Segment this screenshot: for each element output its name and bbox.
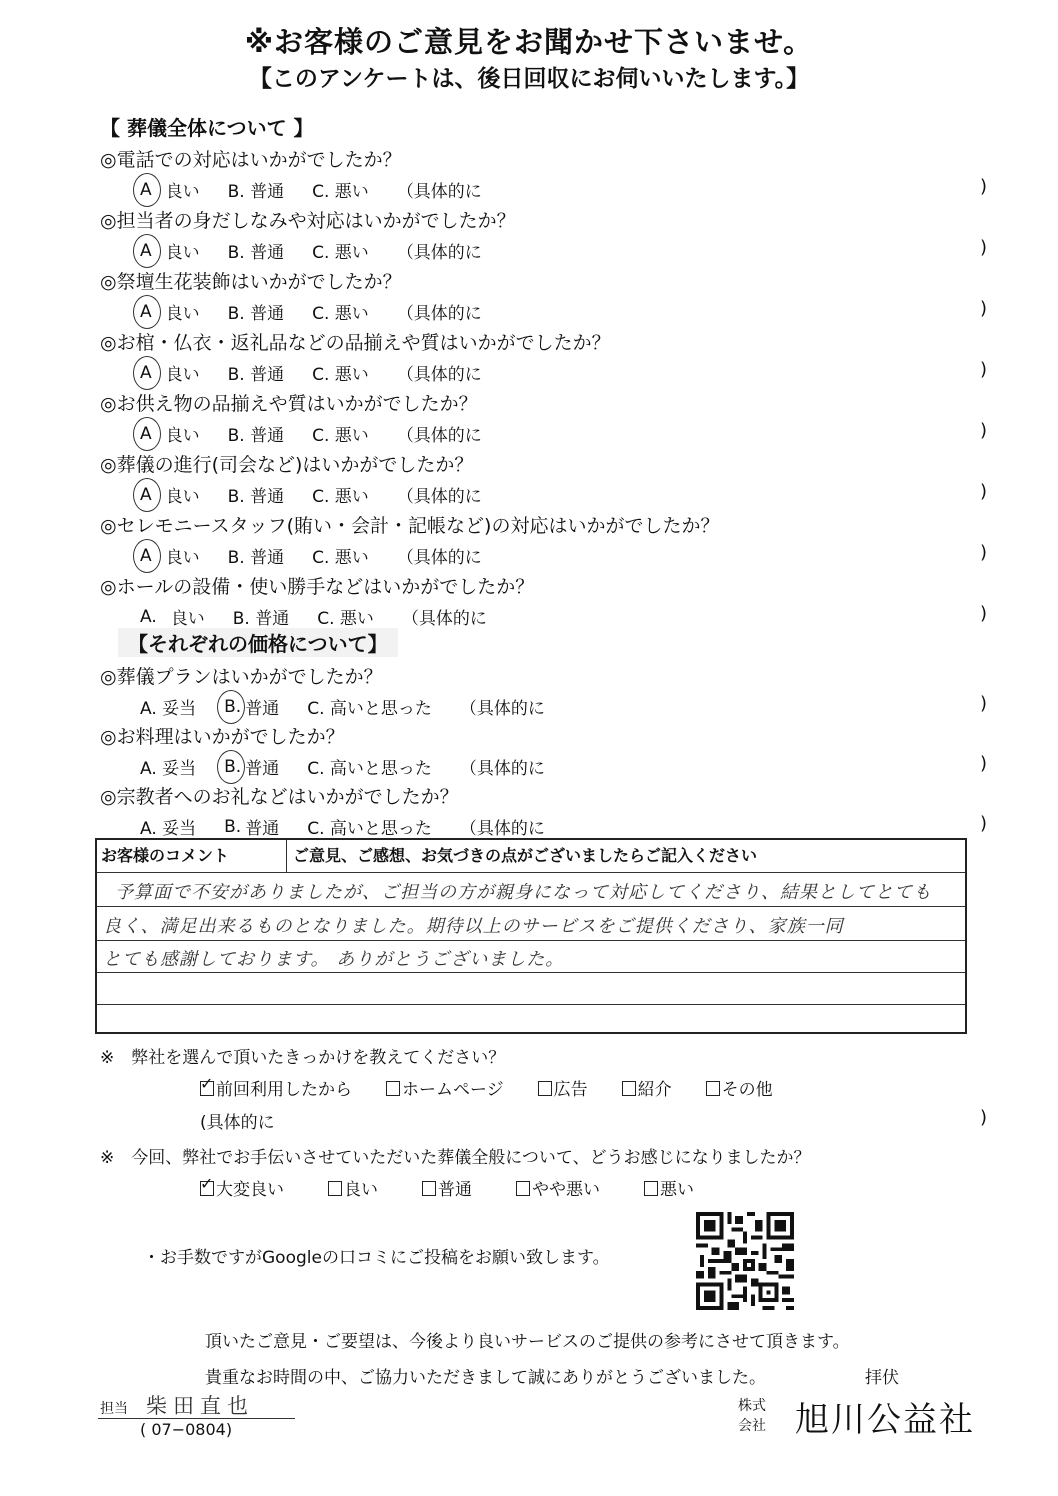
- detail-close-paren: ): [980, 693, 987, 714]
- reason-question: ※ 弊社を選んで頂いたきっかけを教えてください？: [100, 1043, 505, 1068]
- comment-line[interactable]: 良く、満足出来るものとなりました。期待以上のサービスをご提供くださり、家族一同: [97, 906, 965, 941]
- handwritten-text: 予算面で不安がありましたが、ご担当の方が親身になって対応してくださり、結果として…: [115, 878, 932, 904]
- comment-line[interactable]: [97, 1004, 965, 1034]
- detail-close-paren: ): [980, 237, 987, 258]
- option-label: 紹介: [638, 1080, 672, 1100]
- checkbox-icon[interactable]: [622, 1081, 636, 1096]
- detail-close-paren: ): [980, 542, 987, 563]
- option-label: 前回利用したから: [216, 1080, 352, 1100]
- question-text: ◎祭壇生花装飾はいかがでしたか？: [100, 267, 402, 294]
- option-label: 普通: [438, 1180, 472, 1200]
- company-name: 旭川公益社: [795, 1392, 975, 1441]
- detail-close-paren: ): [980, 603, 987, 624]
- checkbox-checked-icon[interactable]: [200, 1081, 214, 1096]
- detail-close-paren: ): [980, 420, 987, 441]
- answer-option[interactable]: 良い: [171, 604, 205, 629]
- answer-options: A. 妥当B.普通C. 高いと思った（具体的に: [140, 754, 573, 779]
- answer-option[interactable]: B. 普通: [228, 482, 284, 507]
- question-text: ◎お棺・仏衣・返礼品などの品揃えや質はいかがでしたか？: [100, 328, 611, 355]
- answer-option[interactable]: B. 普通: [228, 238, 284, 263]
- overall-question: ※ 今回、弊社でお手伝いさせていただいた葬儀全般について、どうお感じになりました…: [100, 1143, 811, 1168]
- qr-code-icon[interactable]: [695, 1212, 795, 1310]
- question-text: ◎葬儀の進行(司会など)はいかがでしたか？: [100, 450, 473, 477]
- answer-option: （具体的に: [397, 421, 482, 446]
- answer-options: A良いB. 普通C. 悪い（具体的に: [140, 543, 510, 568]
- staff-name: 柴田直也: [146, 1390, 254, 1420]
- overall-option-very-good[interactable]: 大変良い: [200, 1175, 284, 1200]
- answer-options: A良いB. 普通C. 悪い（具体的に: [140, 482, 510, 507]
- checkbox-icon[interactable]: [328, 1181, 342, 1196]
- answer-option[interactable]: 良い: [166, 360, 200, 385]
- overall-option-somewhat-bad[interactable]: やや悪い: [516, 1175, 600, 1200]
- checkbox-icon[interactable]: [538, 1081, 552, 1096]
- answer-option[interactable]: C. 悪い: [312, 360, 369, 385]
- answer-option[interactable]: B. 普通: [228, 299, 284, 324]
- answer-option[interactable]: A: [140, 180, 152, 200]
- question-text: ◎電話での対応はいかがでしたか？: [100, 145, 402, 172]
- option-label: 広告: [554, 1080, 588, 1100]
- answer-option[interactable]: A.: [140, 607, 157, 627]
- detail-close-paren: ): [980, 298, 987, 319]
- answer-option[interactable]: C. 悪い: [312, 421, 369, 446]
- answer-option[interactable]: C. 高いと思った: [307, 814, 432, 839]
- answer-option: （具体的に: [460, 694, 545, 719]
- answer-option: （具体的に: [397, 177, 482, 202]
- answer-option[interactable]: B. 普通: [233, 604, 289, 629]
- answer-option[interactable]: B. 普通: [228, 421, 284, 446]
- survey-title: ※お客様のご意見をお聞かせ下さいませ。: [0, 20, 1058, 61]
- answer-option[interactable]: B. 普通: [228, 360, 284, 385]
- comment-table: お客様のコメント ご意見、ご感想、お気づきの点がございましたらご記入ください 予…: [95, 838, 967, 1034]
- answer-option[interactable]: A: [140, 241, 152, 261]
- survey-subtitle: 【このアンケートは、後日回収にお伺いいたします。】: [0, 60, 1058, 93]
- answer-option[interactable]: 普通: [245, 754, 279, 779]
- answer-option[interactable]: C. 悪い: [312, 299, 369, 324]
- footer-line-2: 貴重なお時間の中、ご協力いただきまして誠にありがとうございました。: [205, 1363, 766, 1388]
- checkbox-icon[interactable]: [706, 1081, 720, 1096]
- answer-option[interactable]: 良い: [166, 238, 200, 263]
- answer-option: （具体的に: [402, 604, 487, 629]
- reason-options: 前回利用したから ホームページ 広告 紹介 その他: [200, 1075, 773, 1100]
- comment-line[interactable]: [97, 972, 965, 1005]
- detail-close-paren: ): [980, 813, 987, 834]
- question-text: ◎セレモニースタッフ(賄い・会計・記帳など)の対応はいかがでしたか？: [100, 511, 719, 538]
- answer-options: A.良いB. 普通C. 悪い（具体的に: [140, 604, 515, 629]
- answer-option: （具体的に: [397, 360, 482, 385]
- overall-option-bad[interactable]: 悪い: [644, 1175, 694, 1200]
- option-label: 良い: [344, 1180, 378, 1200]
- overall-option-good[interactable]: 良い: [328, 1175, 378, 1200]
- question-text: ◎ホールの設備・使い勝手などはいかがでしたか？: [100, 572, 534, 599]
- corp-bottom: 会社: [738, 1418, 766, 1434]
- answer-option[interactable]: C. 悪い: [317, 604, 374, 629]
- section-heading-overall: 【 葬儀全体について 】: [100, 112, 314, 141]
- corporation-label: 株式 会社: [738, 1398, 766, 1434]
- answer-option[interactable]: C. 悪い: [312, 177, 369, 202]
- handwritten-text: 良く、満足出来るものとなりました。期待以上のサービスをご提供くださり、家族一同: [103, 912, 844, 938]
- answer-option[interactable]: 良い: [166, 299, 200, 324]
- answer-option[interactable]: 良い: [166, 177, 200, 202]
- answer-option[interactable]: 良い: [166, 421, 200, 446]
- comment-label: お客様のコメント: [97, 840, 287, 872]
- question-text: ◎お供え物の品揃えや質はいかがでしたか？: [100, 389, 478, 416]
- answer-option[interactable]: A: [140, 302, 152, 322]
- option-label: やや悪い: [532, 1180, 600, 1200]
- answer-options: A. 妥当B.普通C. 高いと思った（具体的に: [140, 814, 573, 839]
- reason-option-referral[interactable]: 紹介: [622, 1075, 672, 1100]
- detail-close-paren: ): [980, 176, 987, 197]
- answer-option[interactable]: B.: [224, 757, 241, 777]
- question-text: ◎お料理はいかがでしたか？: [100, 722, 345, 749]
- answer-option[interactable]: B. 普通: [228, 543, 284, 568]
- answer-option[interactable]: A: [140, 363, 152, 383]
- comment-line[interactable]: 予算面で不安がありましたが、ご担当の方が親身になって対応してくださり、結果として…: [97, 872, 965, 907]
- option-label: 大変良い: [216, 1180, 284, 1200]
- answer-option: （具体的に: [460, 754, 545, 779]
- comment-prompt: ご意見、ご感想、お気づきの点がございましたらご記入ください: [293, 840, 757, 872]
- footer-closing: 拝伏: [865, 1363, 899, 1388]
- answer-options: A良いB. 普通C. 悪い（具体的に: [140, 299, 510, 324]
- section-heading-prices: 【それぞれの価格について】: [118, 628, 398, 657]
- answer-option[interactable]: 良い: [166, 482, 200, 507]
- answer-option[interactable]: B.: [224, 817, 241, 837]
- answer-option[interactable]: 普通: [245, 814, 279, 839]
- answer-option[interactable]: A. 妥当: [140, 814, 196, 839]
- answer-option: （具体的に: [397, 299, 482, 324]
- question-text: ◎担当者の身だしなみや対応はいかがでしたか？: [100, 206, 516, 233]
- answer-option[interactable]: C. 悪い: [312, 238, 369, 263]
- answer-option[interactable]: C. 悪い: [312, 543, 369, 568]
- overall-options: 大変良い 良い 普通 やや悪い 悪い: [200, 1175, 694, 1200]
- answer-option[interactable]: A: [140, 424, 152, 444]
- comment-line[interactable]: とても感謝しております。 ありがとうございました。: [97, 940, 965, 973]
- answer-option[interactable]: B.: [224, 697, 241, 717]
- detail-close-paren: ): [980, 359, 987, 380]
- footer-line-1: 頂いたご意見・ご要望は、今後より良いサービスのご提供の参考にさせて頂きます。: [205, 1327, 850, 1352]
- answer-option: （具体的に: [397, 238, 482, 263]
- option-label: その他: [722, 1080, 773, 1100]
- question-text: ◎葬儀プランはいかがでしたか？: [100, 662, 383, 689]
- reason-option-previous[interactable]: 前回利用したから: [200, 1075, 352, 1100]
- answer-option[interactable]: 良い: [166, 543, 200, 568]
- answer-option: （具体的に: [460, 814, 545, 839]
- answer-option[interactable]: 普通: [245, 694, 279, 719]
- reason-detail-label: (具体的に: [200, 1108, 275, 1133]
- reason-option-ad[interactable]: 広告: [538, 1075, 588, 1100]
- checkbox-icon[interactable]: [422, 1181, 436, 1196]
- checkbox-checked-icon[interactable]: [200, 1181, 214, 1196]
- answer-options: A良いB. 普通C. 悪い（具体的に: [140, 421, 510, 446]
- checkbox-icon[interactable]: [644, 1181, 658, 1196]
- staff-signature: 担当 柴田直也: [98, 1388, 295, 1419]
- detail-close-paren: ): [980, 481, 987, 502]
- answer-options: A良いB. 普通C. 悪い（具体的に: [140, 177, 510, 202]
- reason-detail-close: ): [980, 1107, 987, 1128]
- checkbox-icon[interactable]: [516, 1181, 530, 1196]
- answer-option[interactable]: C. 高いと思った: [307, 754, 432, 779]
- corp-top: 株式: [738, 1398, 766, 1414]
- handwritten-text: とても感謝しております。 ありがとうございました。: [103, 945, 564, 971]
- answer-option[interactable]: C. 高いと思った: [307, 694, 432, 719]
- option-label: 悪い: [660, 1180, 694, 1200]
- answer-option[interactable]: B. 普通: [228, 177, 284, 202]
- answer-option: （具体的に: [397, 482, 482, 507]
- answer-option[interactable]: A: [140, 485, 152, 505]
- answer-options: A良いB. 普通C. 悪い（具体的に: [140, 238, 510, 263]
- answer-options: A. 妥当B.普通C. 高いと思った（具体的に: [140, 694, 573, 719]
- answer-option[interactable]: A: [140, 546, 152, 566]
- google-review-request: ・お手数ですがGoogleの口コミにご投稿をお願い致します。: [143, 1243, 610, 1268]
- question-text: ◎宗教者へのお礼などはいかがでしたか？: [100, 782, 459, 809]
- answer-option[interactable]: C. 悪い: [312, 482, 369, 507]
- answer-option[interactable]: A. 妥当: [140, 694, 196, 719]
- checkbox-icon[interactable]: [386, 1081, 400, 1096]
- staff-label: 担当: [100, 1398, 128, 1418]
- option-label: ホームページ: [402, 1080, 504, 1100]
- answer-options: A良いB. 普通C. 悪い（具体的に: [140, 360, 510, 385]
- staff-code: ( 07−0804): [140, 1420, 232, 1439]
- overall-option-normal[interactable]: 普通: [422, 1175, 472, 1200]
- reason-option-homepage[interactable]: ホームページ: [386, 1075, 504, 1100]
- answer-option: （具体的に: [397, 543, 482, 568]
- reason-option-other[interactable]: その他: [706, 1075, 773, 1100]
- answer-option[interactable]: A. 妥当: [140, 754, 196, 779]
- detail-close-paren: ): [980, 753, 987, 774]
